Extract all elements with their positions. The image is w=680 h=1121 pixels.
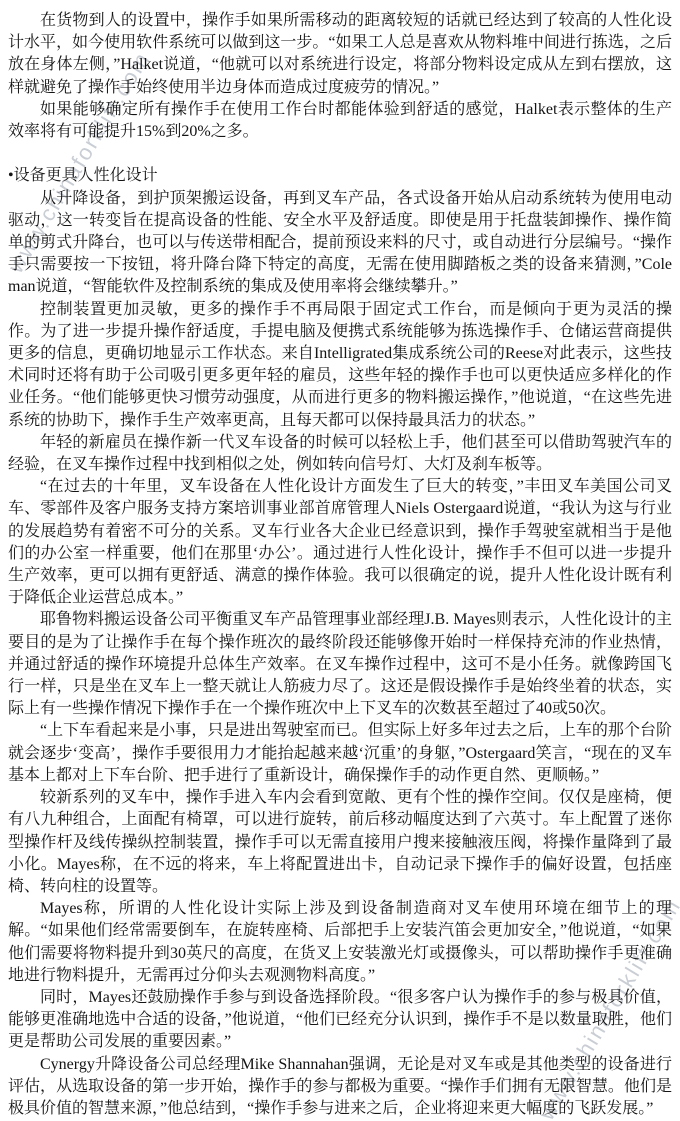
blank-line xyxy=(8,143,672,165)
paragraph: 在货物到人的设置中，操作手如果所需移动的距离较短的话就已经达到了较高的人性化设计… xyxy=(8,10,672,99)
paragraph: 耶鲁物料搬运设备公司平衡重叉车产品管理事业部经理J.B. Mayes则表示，人性… xyxy=(8,609,672,720)
paragraph: “上下车看起来是小事，只是进出驾驶室而已。但实际上好多年过去之后，上车的那个台阶… xyxy=(8,720,672,787)
paragraph: Mayes称，所谓的人性化设计实际上涉及到设备制造商对叉车使用环境在细节上的理解… xyxy=(8,898,672,987)
section-heading: •设备更具人性化设计 xyxy=(8,165,672,187)
article-body: 在货物到人的设置中，操作手如果所需移动的距离较短的话就已经达到了较高的人性化设计… xyxy=(8,10,672,1120)
paragraph: 从升降设备，到护顶架搬运设备，再到叉车产品，各式设备开始从启动系统转为使用电动驱… xyxy=(8,188,672,299)
paragraph: 年轻的新雇员在操作新一代叉车设备的时候可以轻松上手，他们甚至可以借助驾驶汽车的经… xyxy=(8,432,672,476)
paragraph: 如果能够确定所有操作手在使用工作台时都能体验到舒适的感觉，Halket表示整体的… xyxy=(8,99,672,143)
document-page: www.chinaforklift.com www.chinaforklift.… xyxy=(0,0,680,1121)
paragraph: 控制装置更加灵敏，更多的操作手不再局限于固定式工作台，而是倾向于更为灵活的操作。… xyxy=(8,299,672,432)
paragraph: 较新系列的叉车中，操作手进入车内会看到宽敞、更有个性的操作空间。仅仅是座椅，便有… xyxy=(8,787,672,898)
paragraph: “在过去的十年里，叉车设备在人性化设计方面发生了巨大的转变，”丰田叉车美国公司叉… xyxy=(8,476,672,609)
paragraph: Cynergy升降设备公司总经理Mike Shannahan强调，无论是对叉车或… xyxy=(8,1054,672,1121)
paragraph: 同时，Mayes还鼓励操作手参与到设备选择阶段。“很多客户认为操作手的参与极具价… xyxy=(8,987,672,1054)
